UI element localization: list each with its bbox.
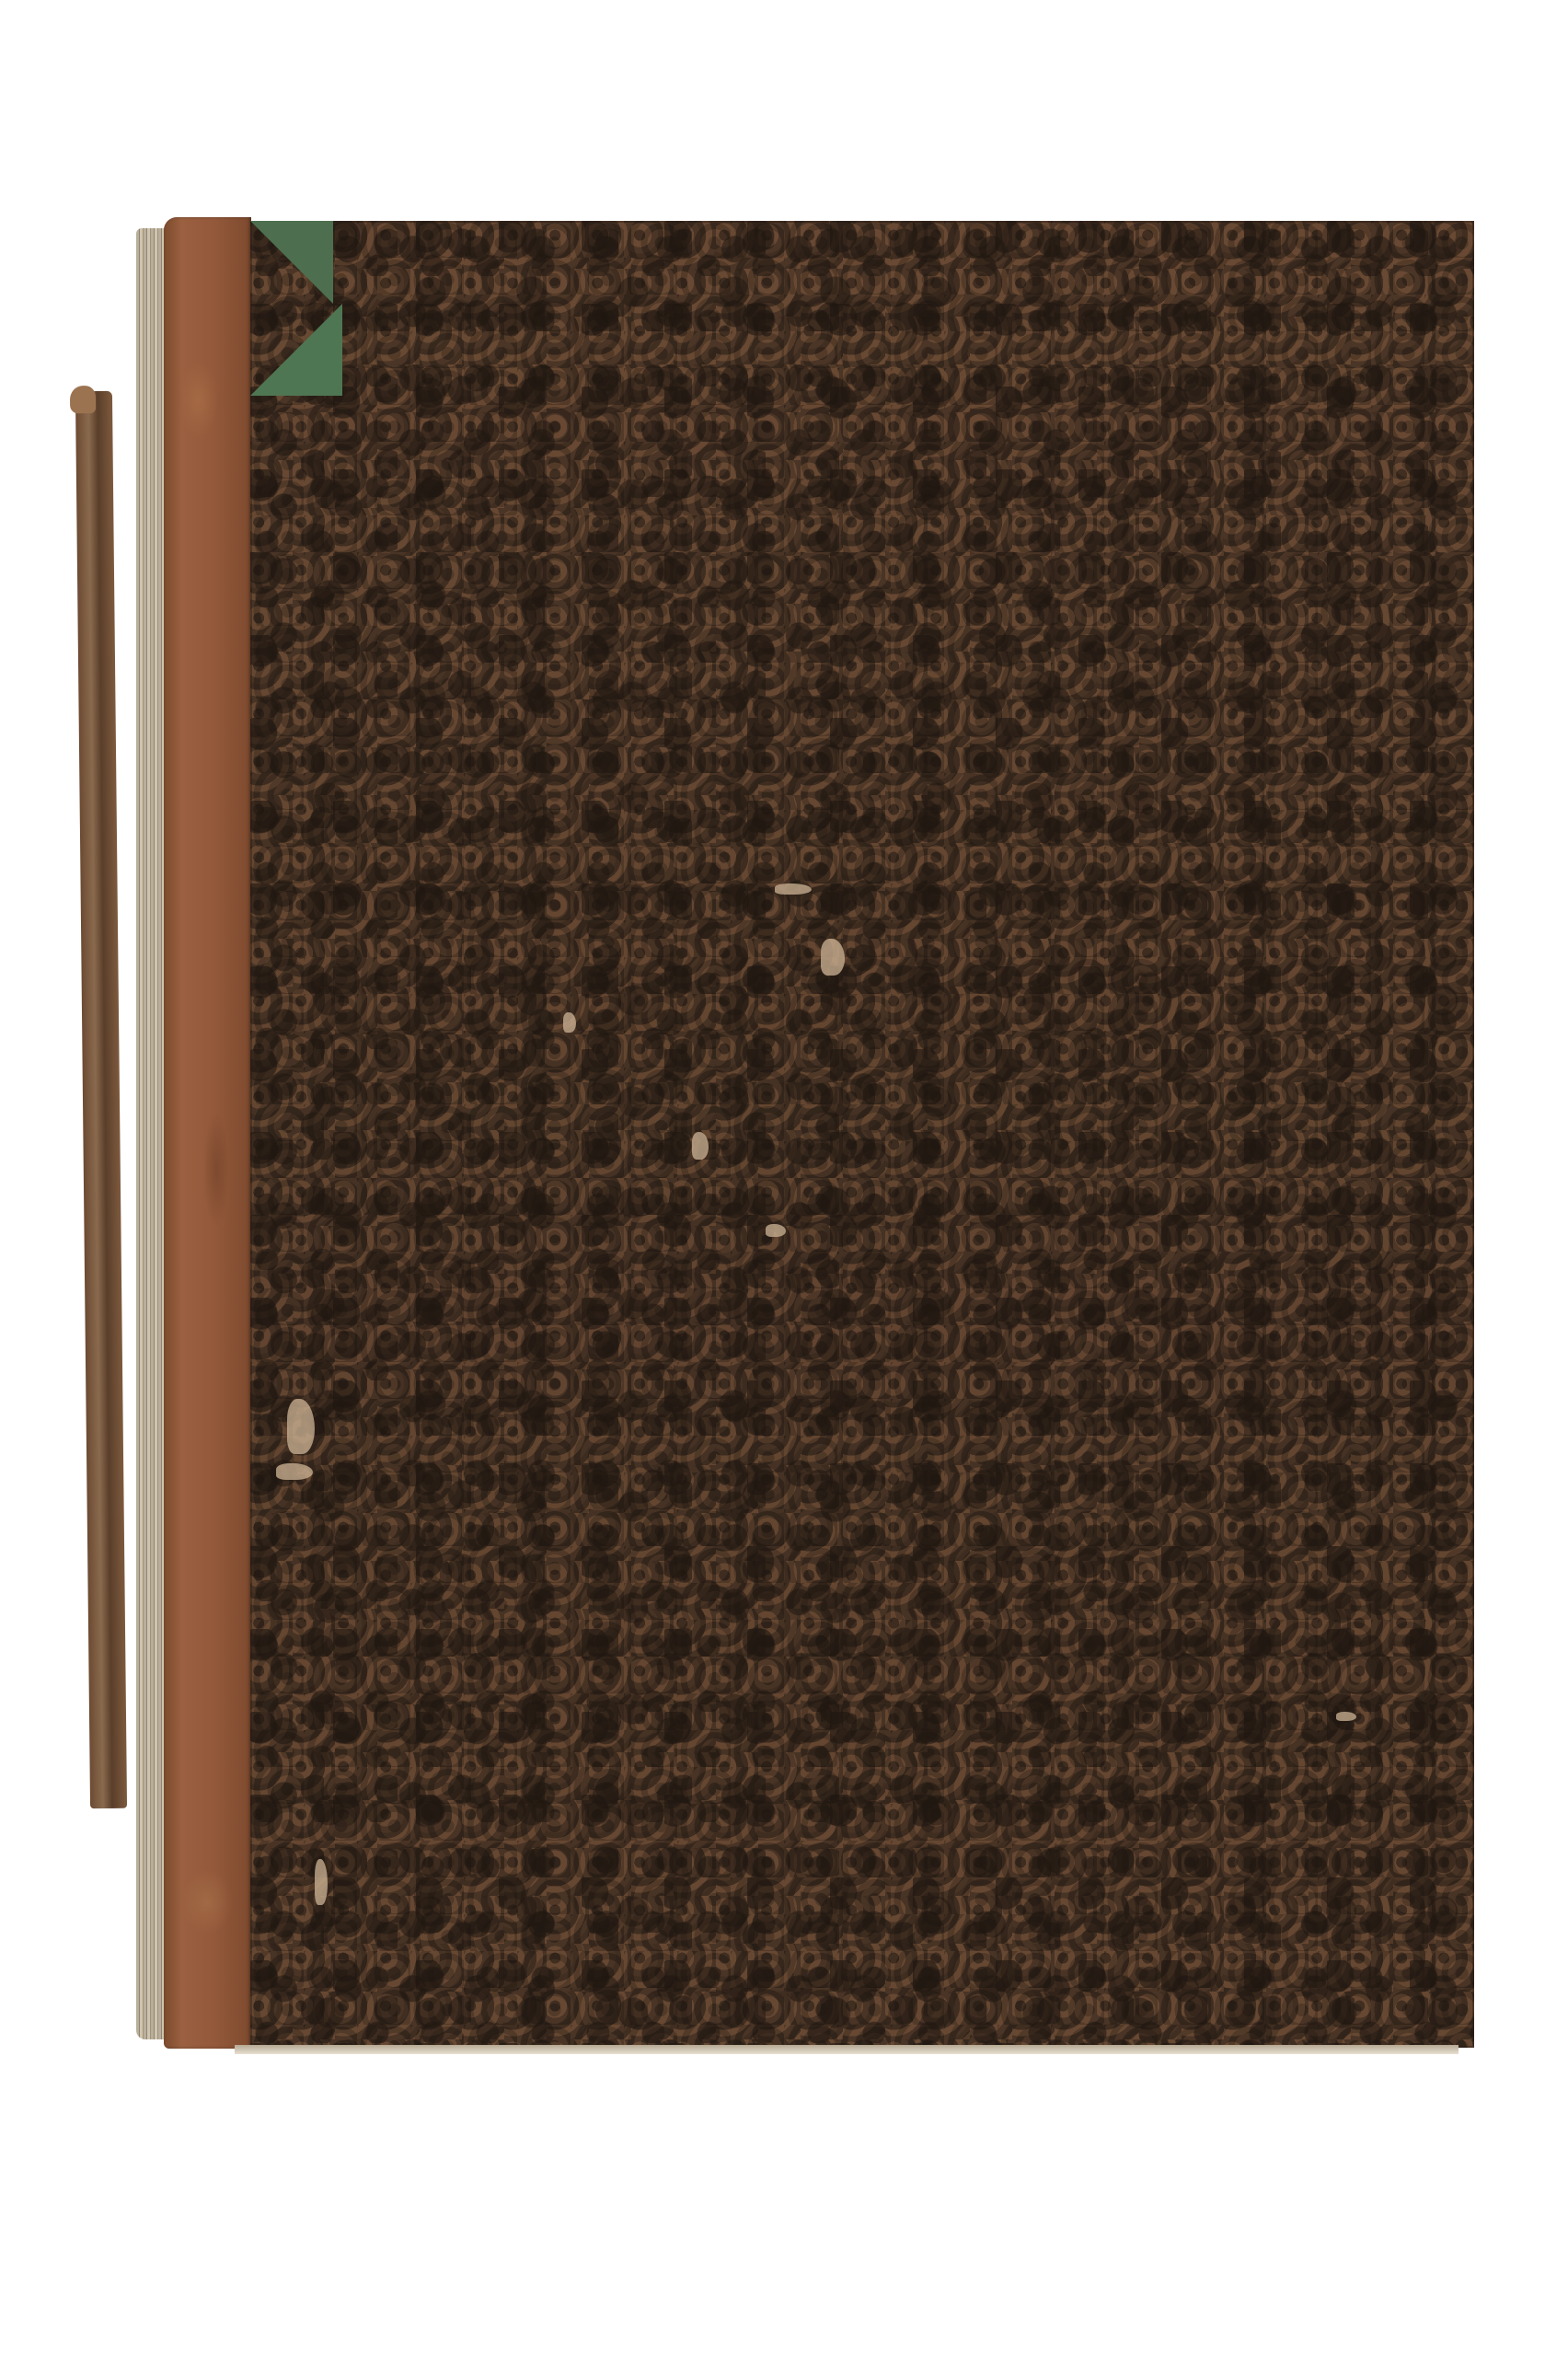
wear-mark <box>692 1132 709 1160</box>
wear-mark <box>563 1012 576 1033</box>
wear-mark <box>766 1224 786 1237</box>
detached-spine-strip <box>75 391 127 1808</box>
leather-spine <box>164 217 251 2049</box>
wear-mark <box>287 1399 315 1454</box>
marbled-front-board <box>250 221 1474 2048</box>
wear-mark <box>276 1463 313 1480</box>
wear-mark <box>1336 1712 1356 1721</box>
corner-tip-top-right <box>250 221 333 304</box>
wear-mark <box>821 939 845 976</box>
page-edges <box>136 228 166 2039</box>
wear-mark <box>315 1859 328 1905</box>
corner-tip-bottom-right <box>250 304 342 396</box>
wear-mark <box>775 883 812 895</box>
bottom-page-edge <box>235 2045 1458 2054</box>
